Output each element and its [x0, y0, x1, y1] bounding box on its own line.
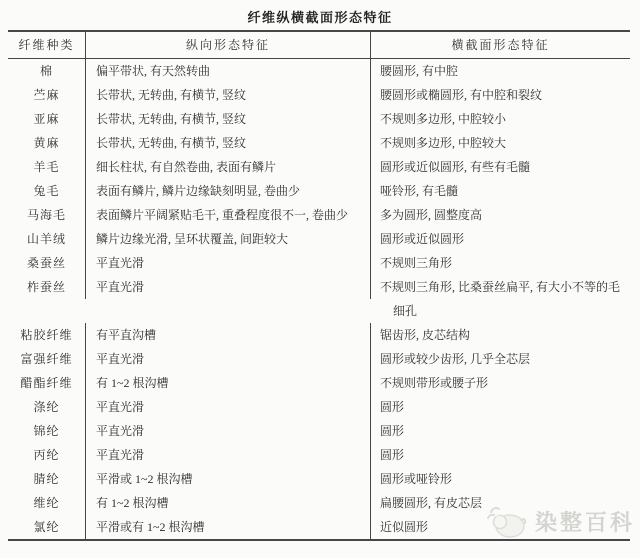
table-row: 锦纶平直光滑圆形 — [8, 419, 630, 443]
longitudinal-feature-cell: 平直光滑 — [86, 251, 371, 275]
cross-section-feature-cell: 腰圆形或椭圆形, 有中腔和裂纹 — [371, 83, 630, 107]
watermark-label: 染整百科 — [535, 506, 635, 537]
table-row: 桑蚕丝平直光滑不规则三角形 — [8, 251, 630, 275]
fiber-type-cell: 丙纶 — [8, 443, 86, 467]
cross-section-feature-cell: 哑铃形, 有毛髓 — [371, 179, 630, 203]
cross-section-feature-cell: 圆形或近似圆形, 有些有毛髓 — [371, 155, 630, 179]
watermark-cat-logo — [485, 502, 529, 540]
fiber-type-cell: 腈纶 — [8, 467, 86, 491]
cross-section-feature-cell: 不规则三角形, 比桑蚕丝扁平, 有大小不等的毛 细孔 — [371, 275, 630, 323]
cross-section-feature-cell: 圆形 — [371, 395, 630, 419]
longitudinal-feature-cell: 表面鳞片平阔紧贴毛干, 重叠程度很不一, 卷曲少 — [86, 203, 371, 227]
cross-section-feature-cell: 圆形或哑铃形 — [371, 467, 630, 491]
fiber-type-cell: 马海毛 — [8, 203, 86, 227]
table-row: 苎麻长带状, 无转曲, 有横节, 竖纹腰圆形或椭圆形, 有中腔和裂纹 — [8, 83, 630, 107]
table-row: 黄麻长带状, 无转曲, 有横节, 竖纹不规则多边形, 中腔较大 — [8, 131, 630, 155]
longitudinal-feature-cell: 有 1~2 根沟槽 — [86, 371, 371, 395]
cross-section-feature-cell: 不规则带形或腰子形 — [371, 371, 630, 395]
fiber-type-cell: 棉 — [8, 59, 86, 83]
longitudinal-feature-cell: 长带状, 无转曲, 有横节, 竖纹 — [86, 83, 371, 107]
fiber-type-cell: 氯纶 — [8, 515, 86, 539]
watermark: 染整百科 — [485, 502, 635, 540]
fiber-type-cell: 粘胶纤维 — [8, 323, 86, 347]
cross-section-feature-cell: 不规则三角形 — [371, 251, 630, 275]
table-row: 柞蚕丝平直光滑不规则三角形, 比桑蚕丝扁平, 有大小不等的毛 细孔 — [8, 275, 630, 323]
longitudinal-feature-cell: 平直光滑 — [86, 347, 371, 371]
table-row: 粘胶纤维有平直沟槽锯齿形, 皮芯结构 — [8, 323, 630, 347]
longitudinal-feature-cell: 鳞片边缘光滑, 呈环状覆盖, 间距较大 — [86, 227, 371, 251]
cross-section-feature-cell: 锯齿形, 皮芯结构 — [371, 323, 630, 347]
table-row: 涤纶平直光滑圆形 — [8, 395, 630, 419]
longitudinal-feature-cell: 细长柱状, 有自然卷曲, 表面有鳞片 — [86, 155, 371, 179]
table-row: 山羊绒鳞片边缘光滑, 呈环状覆盖, 间距较大圆形或近似圆形 — [8, 227, 630, 251]
table-row: 醋酯纤维有 1~2 根沟槽不规则带形或腰子形 — [8, 371, 630, 395]
longitudinal-feature-cell: 表面有鳞片, 鳞片边缘缺刻明显, 卷曲少 — [86, 179, 371, 203]
longitudinal-feature-cell: 有 1~2 根沟槽 — [86, 491, 371, 515]
table-header-row: 纤维种类 纵向形态特征 横截面形态特征 — [8, 32, 630, 59]
longitudinal-feature-cell: 有平直沟槽 — [86, 323, 371, 347]
table-row: 兔毛表面有鳞片, 鳞片边缘缺刻明显, 卷曲少哑铃形, 有毛髓 — [8, 179, 630, 203]
table-row: 羊毛细长柱状, 有自然卷曲, 表面有鳞片圆形或近似圆形, 有些有毛髓 — [8, 155, 630, 179]
longitudinal-feature-cell: 平直光滑 — [86, 275, 371, 299]
fiber-type-cell: 黄麻 — [8, 131, 86, 155]
cross-section-feature-cell: 不规则多边形, 中腔较小 — [371, 107, 630, 131]
cross-section-feature-cell: 圆形或较少齿形, 几乎全芯层 — [371, 347, 630, 371]
table-row: 富强纤维平直光滑圆形或较少齿形, 几乎全芯层 — [8, 347, 630, 371]
cross-section-feature-cell: 腰圆形, 有中腔 — [371, 59, 630, 83]
fiber-type-cell: 山羊绒 — [8, 227, 86, 251]
cross-section-feature-cell: 圆形或近似圆形 — [371, 227, 630, 251]
fiber-type-cell: 维纶 — [8, 491, 86, 515]
longitudinal-feature-cell: 平滑或 1~2 根沟槽 — [86, 467, 371, 491]
fiber-type-cell: 锦纶 — [8, 419, 86, 443]
longitudinal-feature-cell: 平直光滑 — [86, 395, 371, 419]
column-header-cross-section: 横截面形态特征 — [371, 32, 630, 58]
longitudinal-feature-cell: 长带状, 无转曲, 有横节, 竖纹 — [86, 131, 371, 155]
fiber-type-cell: 苎麻 — [8, 83, 86, 107]
column-header-fiber-type: 纤维种类 — [8, 32, 86, 58]
fiber-type-cell: 兔毛 — [8, 179, 86, 203]
cross-section-feature-cell: 圆形 — [371, 443, 630, 467]
table-row: 马海毛表面鳞片平阔紧贴毛干, 重叠程度很不一, 卷曲少多为圆形, 圆整度高 — [8, 203, 630, 227]
table-row: 丙纶平直光滑圆形 — [8, 443, 630, 467]
table-row: 棉偏平带状, 有天然转曲腰圆形, 有中腔 — [8, 59, 630, 83]
fiber-type-cell: 羊毛 — [8, 155, 86, 179]
column-header-longitudinal: 纵向形态特征 — [86, 32, 371, 58]
fiber-type-cell: 醋酯纤维 — [8, 371, 86, 395]
fiber-type-cell: 柞蚕丝 — [8, 275, 86, 299]
fiber-type-cell: 涤纶 — [8, 395, 86, 419]
longitudinal-feature-cell: 平直光滑 — [86, 419, 371, 443]
table-row: 亚麻长带状, 无转曲, 有横节, 竖纹不规则多边形, 中腔较小 — [8, 107, 630, 131]
page-title: 纤维纵横截面形态特征 — [0, 0, 640, 26]
fiber-type-cell: 桑蚕丝 — [8, 251, 86, 275]
table-row: 腈纶平滑或 1~2 根沟槽圆形或哑铃形 — [8, 467, 630, 491]
longitudinal-feature-cell: 平滑或有 1~2 根沟槽 — [86, 515, 371, 539]
fiber-morphology-table: 纤维种类 纵向形态特征 横截面形态特征 棉偏平带状, 有天然转曲腰圆形, 有中腔… — [8, 30, 630, 541]
longitudinal-feature-cell: 偏平带状, 有天然转曲 — [86, 59, 371, 83]
fiber-type-cell: 富强纤维 — [8, 347, 86, 371]
cross-section-feature-cell: 多为圆形, 圆整度高 — [371, 203, 630, 227]
cross-section-feature-cell: 圆形 — [371, 419, 630, 443]
fiber-type-cell: 亚麻 — [8, 107, 86, 131]
longitudinal-feature-cell: 长带状, 无转曲, 有横节, 竖纹 — [86, 107, 371, 131]
table-body: 棉偏平带状, 有天然转曲腰圆形, 有中腔苎麻长带状, 无转曲, 有横节, 竖纹腰… — [8, 59, 630, 539]
cross-section-feature-cell: 不规则多边形, 中腔较大 — [371, 131, 630, 155]
longitudinal-feature-cell: 平直光滑 — [86, 443, 371, 467]
